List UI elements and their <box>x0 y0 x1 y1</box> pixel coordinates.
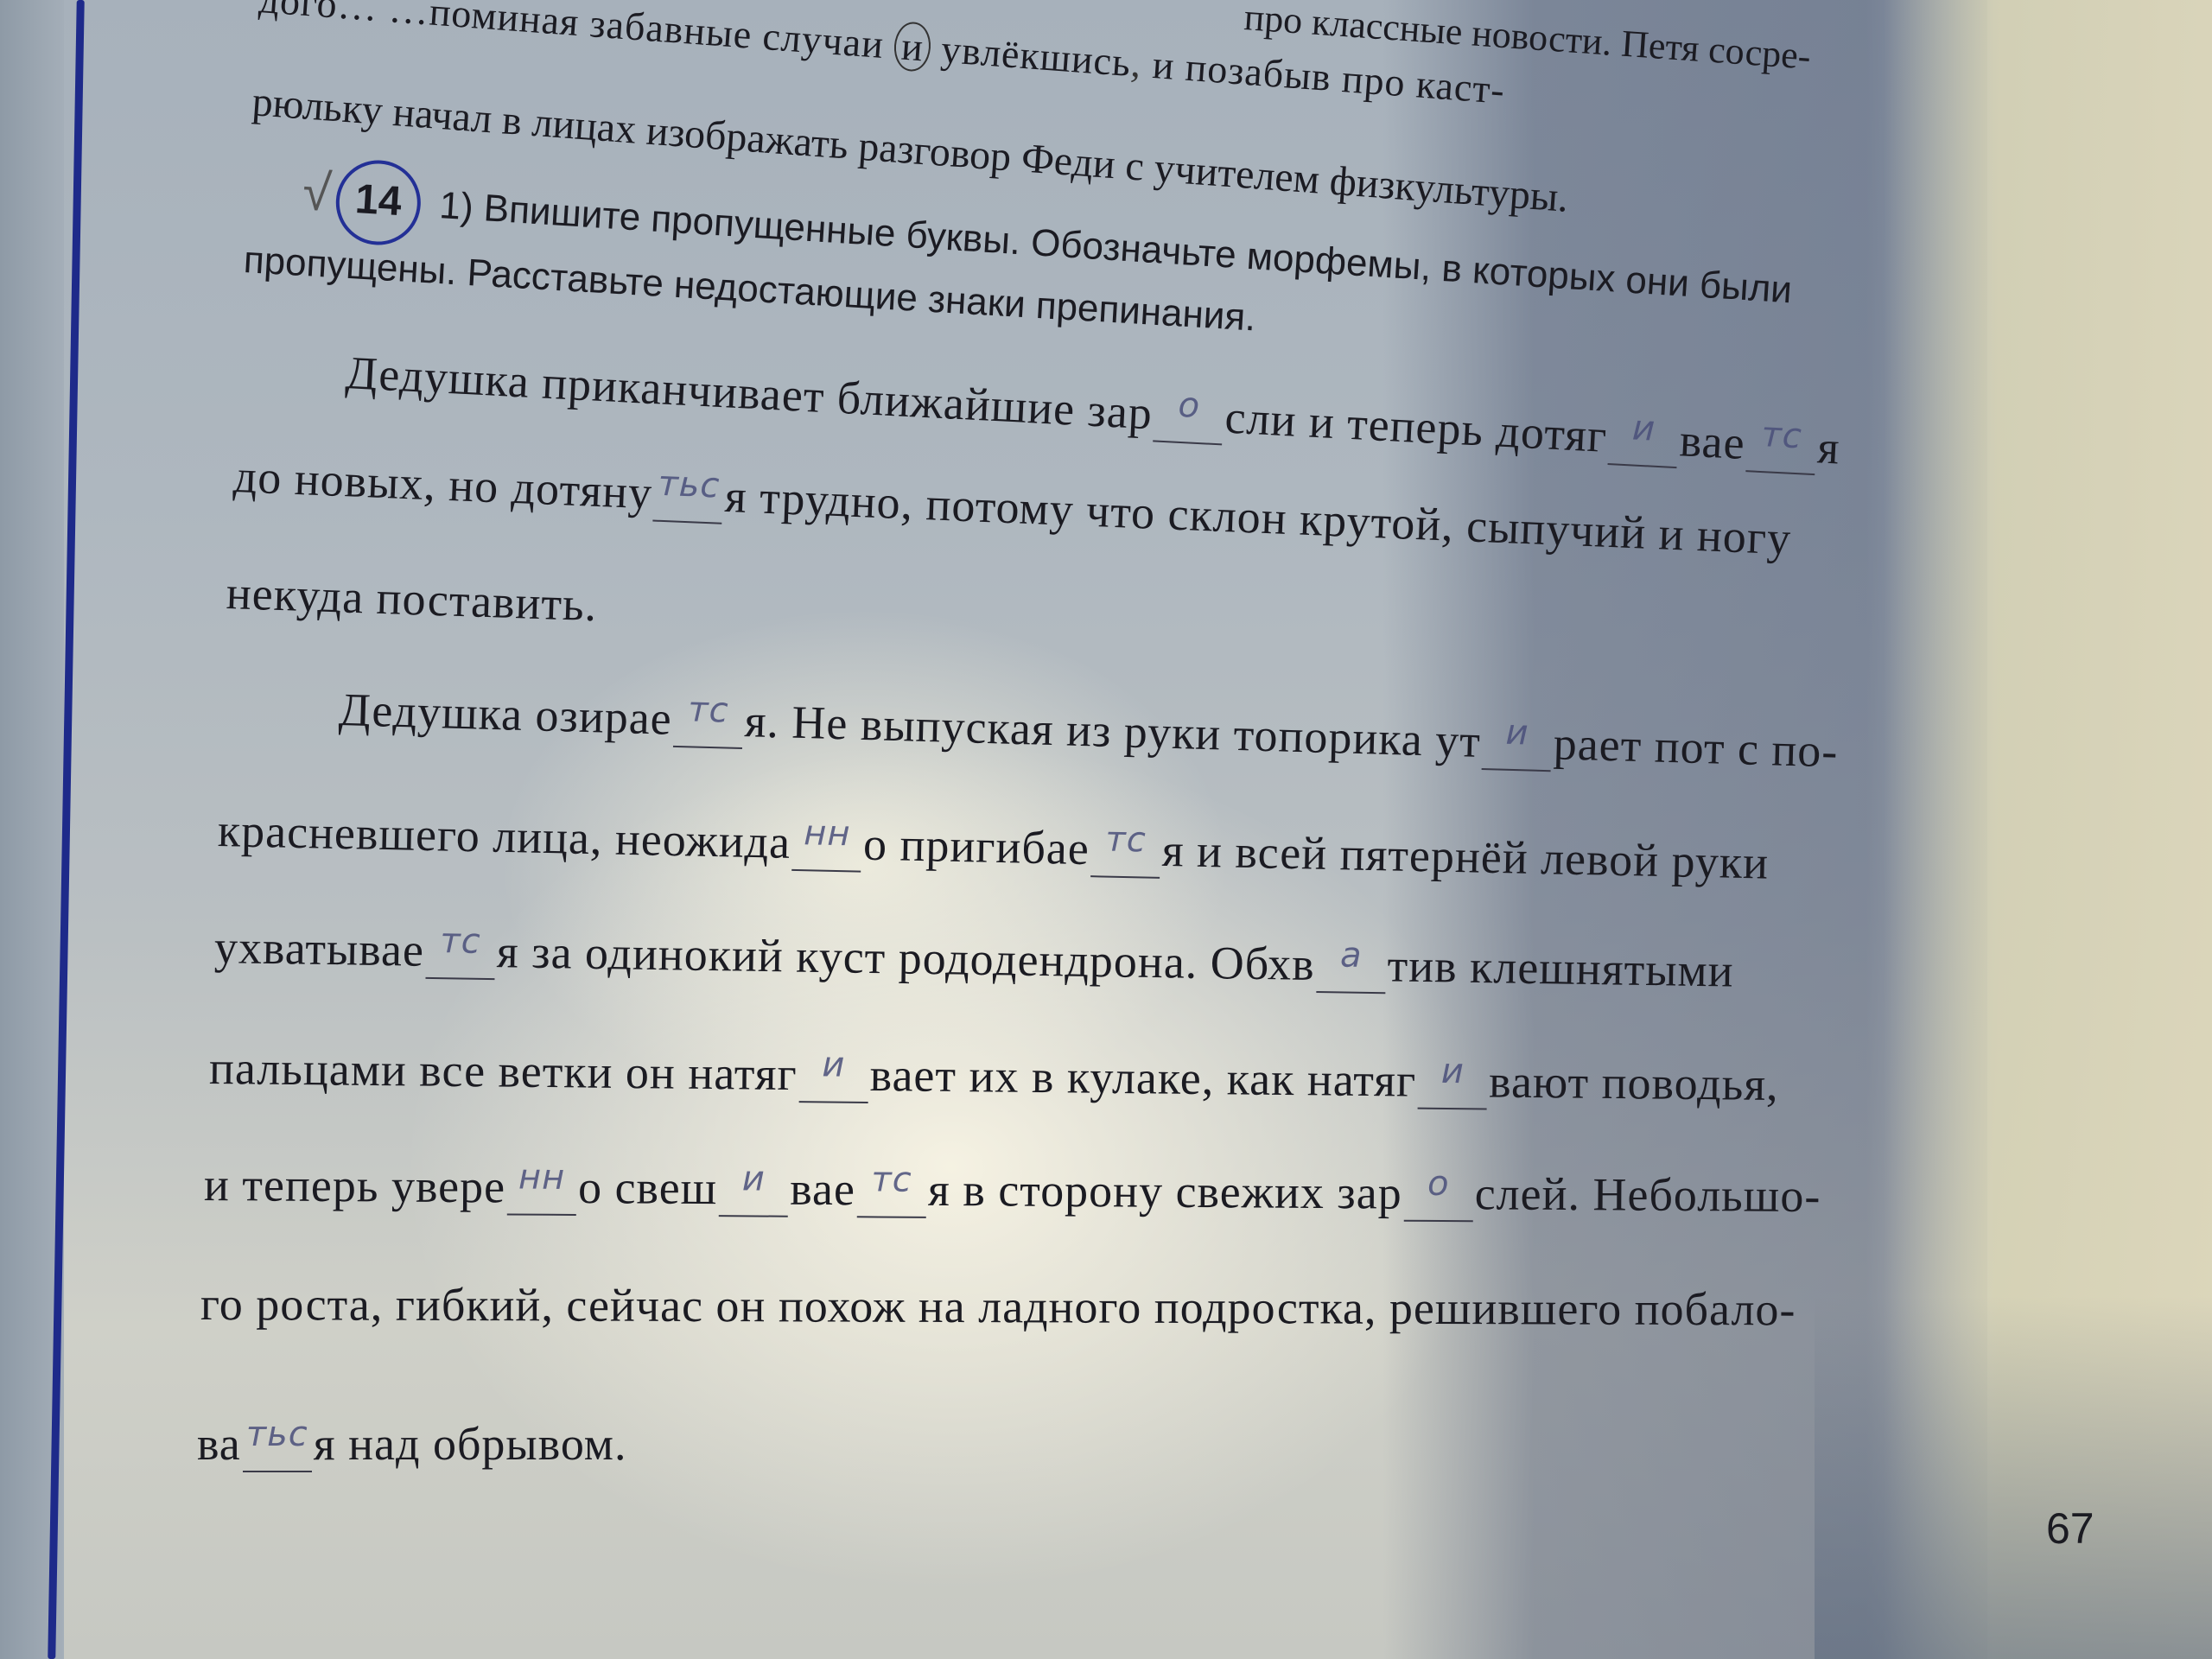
handwritten-answer: тс <box>1105 820 1147 861</box>
exercise-line: го роста, гибкий, сейчас он похож на лад… <box>200 1277 1796 1336</box>
fill-in-blank[interactable]: нн <box>507 1160 576 1216</box>
fill-in-blank[interactable]: о <box>1153 386 1224 445</box>
text-segment: и теперь увере <box>204 1159 505 1212</box>
text-segment: увлёкшись <box>940 27 1133 85</box>
text-segment: я <box>1816 421 1841 474</box>
fill-in-blank[interactable]: тс <box>425 924 495 980</box>
text-segment: тив клешнятыми <box>1387 939 1734 996</box>
handwritten-answer: тьс <box>658 464 721 506</box>
fill-in-blank[interactable]: и <box>1418 1054 1488 1110</box>
exercise-line: ваться над обрывом. <box>197 1417 626 1472</box>
handwritten-comma: , <box>1129 41 1143 86</box>
handwritten-answer: о <box>1178 385 1202 426</box>
text-segment: я за одинокий куст рододендрона. Обхв <box>496 925 1315 990</box>
handwritten-answer: тс <box>440 921 481 962</box>
text-segment: го роста, гибкий, сейчас он похож на лад… <box>200 1278 1796 1335</box>
text-segment: вает их в кулаке, как натяг <box>869 1049 1416 1107</box>
text-segment: я. Не выпуская из руки топорика ут <box>744 695 1482 767</box>
exercise-line: некуда поставить. <box>226 566 598 632</box>
text-segment: о свеш <box>578 1161 718 1214</box>
text-segment: ва <box>197 1418 241 1470</box>
handwritten-answer: и <box>1505 713 1529 753</box>
text-segment: дого… …поминая забавные случаи <box>257 0 886 67</box>
text-segment: я в сторону свежих зар <box>928 1164 1402 1219</box>
text-segment: о пригибае <box>863 818 1090 874</box>
fill-in-blank[interactable]: тс <box>1745 416 1817 475</box>
text-segment: я над обрывом. <box>314 1418 627 1470</box>
text-segment: красневшего лица, неожида <box>217 804 791 868</box>
fill-in-blank[interactable]: нн <box>791 816 861 873</box>
task-number-badge: 14 <box>334 158 423 248</box>
fill-in-blank[interactable]: тс <box>1090 822 1160 879</box>
handwritten-answer: нн <box>518 1158 566 1198</box>
fill-in-blank[interactable]: тс <box>673 692 744 749</box>
text-segment: рает пот с по- <box>1553 717 1839 777</box>
fill-in-blank[interactable]: тс <box>857 1162 926 1218</box>
handwritten-answer: и <box>1441 1052 1465 1091</box>
text-segment: до новых, но дотяну <box>232 450 653 518</box>
handwritten-answer: о <box>1427 1164 1450 1204</box>
check-mark-icon: √ <box>301 162 333 222</box>
text-segment: некуда поставить. <box>226 567 598 631</box>
page-number: 67 <box>2046 1503 2094 1554</box>
fill-in-blank[interactable]: и <box>798 1047 868 1103</box>
text-segment: вают поводья, <box>1489 1056 1779 1111</box>
fill-in-blank[interactable]: тьс <box>243 1417 312 1472</box>
text-segment: ухватывае <box>214 921 425 976</box>
text-segment: Дедушка озирае <box>338 683 672 745</box>
shadow-overlay-lower <box>1815 1296 2212 1659</box>
fill-in-blank[interactable]: и <box>1482 715 1553 772</box>
textbook-page: дого… …поминая забавные случаи и увлёкши… <box>0 0 2212 1659</box>
handwritten-answer: тс <box>688 690 730 730</box>
fill-in-blank[interactable]: о <box>1403 1166 1472 1223</box>
handwritten-answer: и <box>1631 408 1656 448</box>
fill-in-blank[interactable]: а <box>1316 938 1386 994</box>
handwritten-answer: и <box>822 1045 845 1084</box>
handwritten-answer: тс <box>871 1160 912 1199</box>
text-segment: я и всей пятернёй левой руки <box>1161 824 1769 889</box>
circled-conjunction: и <box>893 21 932 73</box>
handwritten-answer: тьс <box>246 1414 308 1454</box>
text-segment: вае <box>790 1163 855 1216</box>
text-segment: пальцами все ветки он натяг <box>209 1042 798 1100</box>
text-segment: вае <box>1679 414 1747 469</box>
fill-in-blank[interactable]: тьс <box>653 467 725 524</box>
handwritten-answer: и <box>742 1159 766 1198</box>
handwritten-answer: а <box>1340 935 1363 975</box>
handwritten-answer: нн <box>804 813 851 854</box>
fill-in-blank[interactable]: и <box>719 1161 788 1217</box>
text-segment: Дедушка приканчивает ближайшие зар <box>345 346 1154 439</box>
exercise-line: и теперь уверенно свешивается в сторону … <box>204 1158 1821 1224</box>
text-segment: слей. Небольшо- <box>1474 1167 1821 1222</box>
fill-in-blank[interactable]: и <box>1607 410 1679 468</box>
handwritten-answer: тс <box>1760 415 1803 456</box>
